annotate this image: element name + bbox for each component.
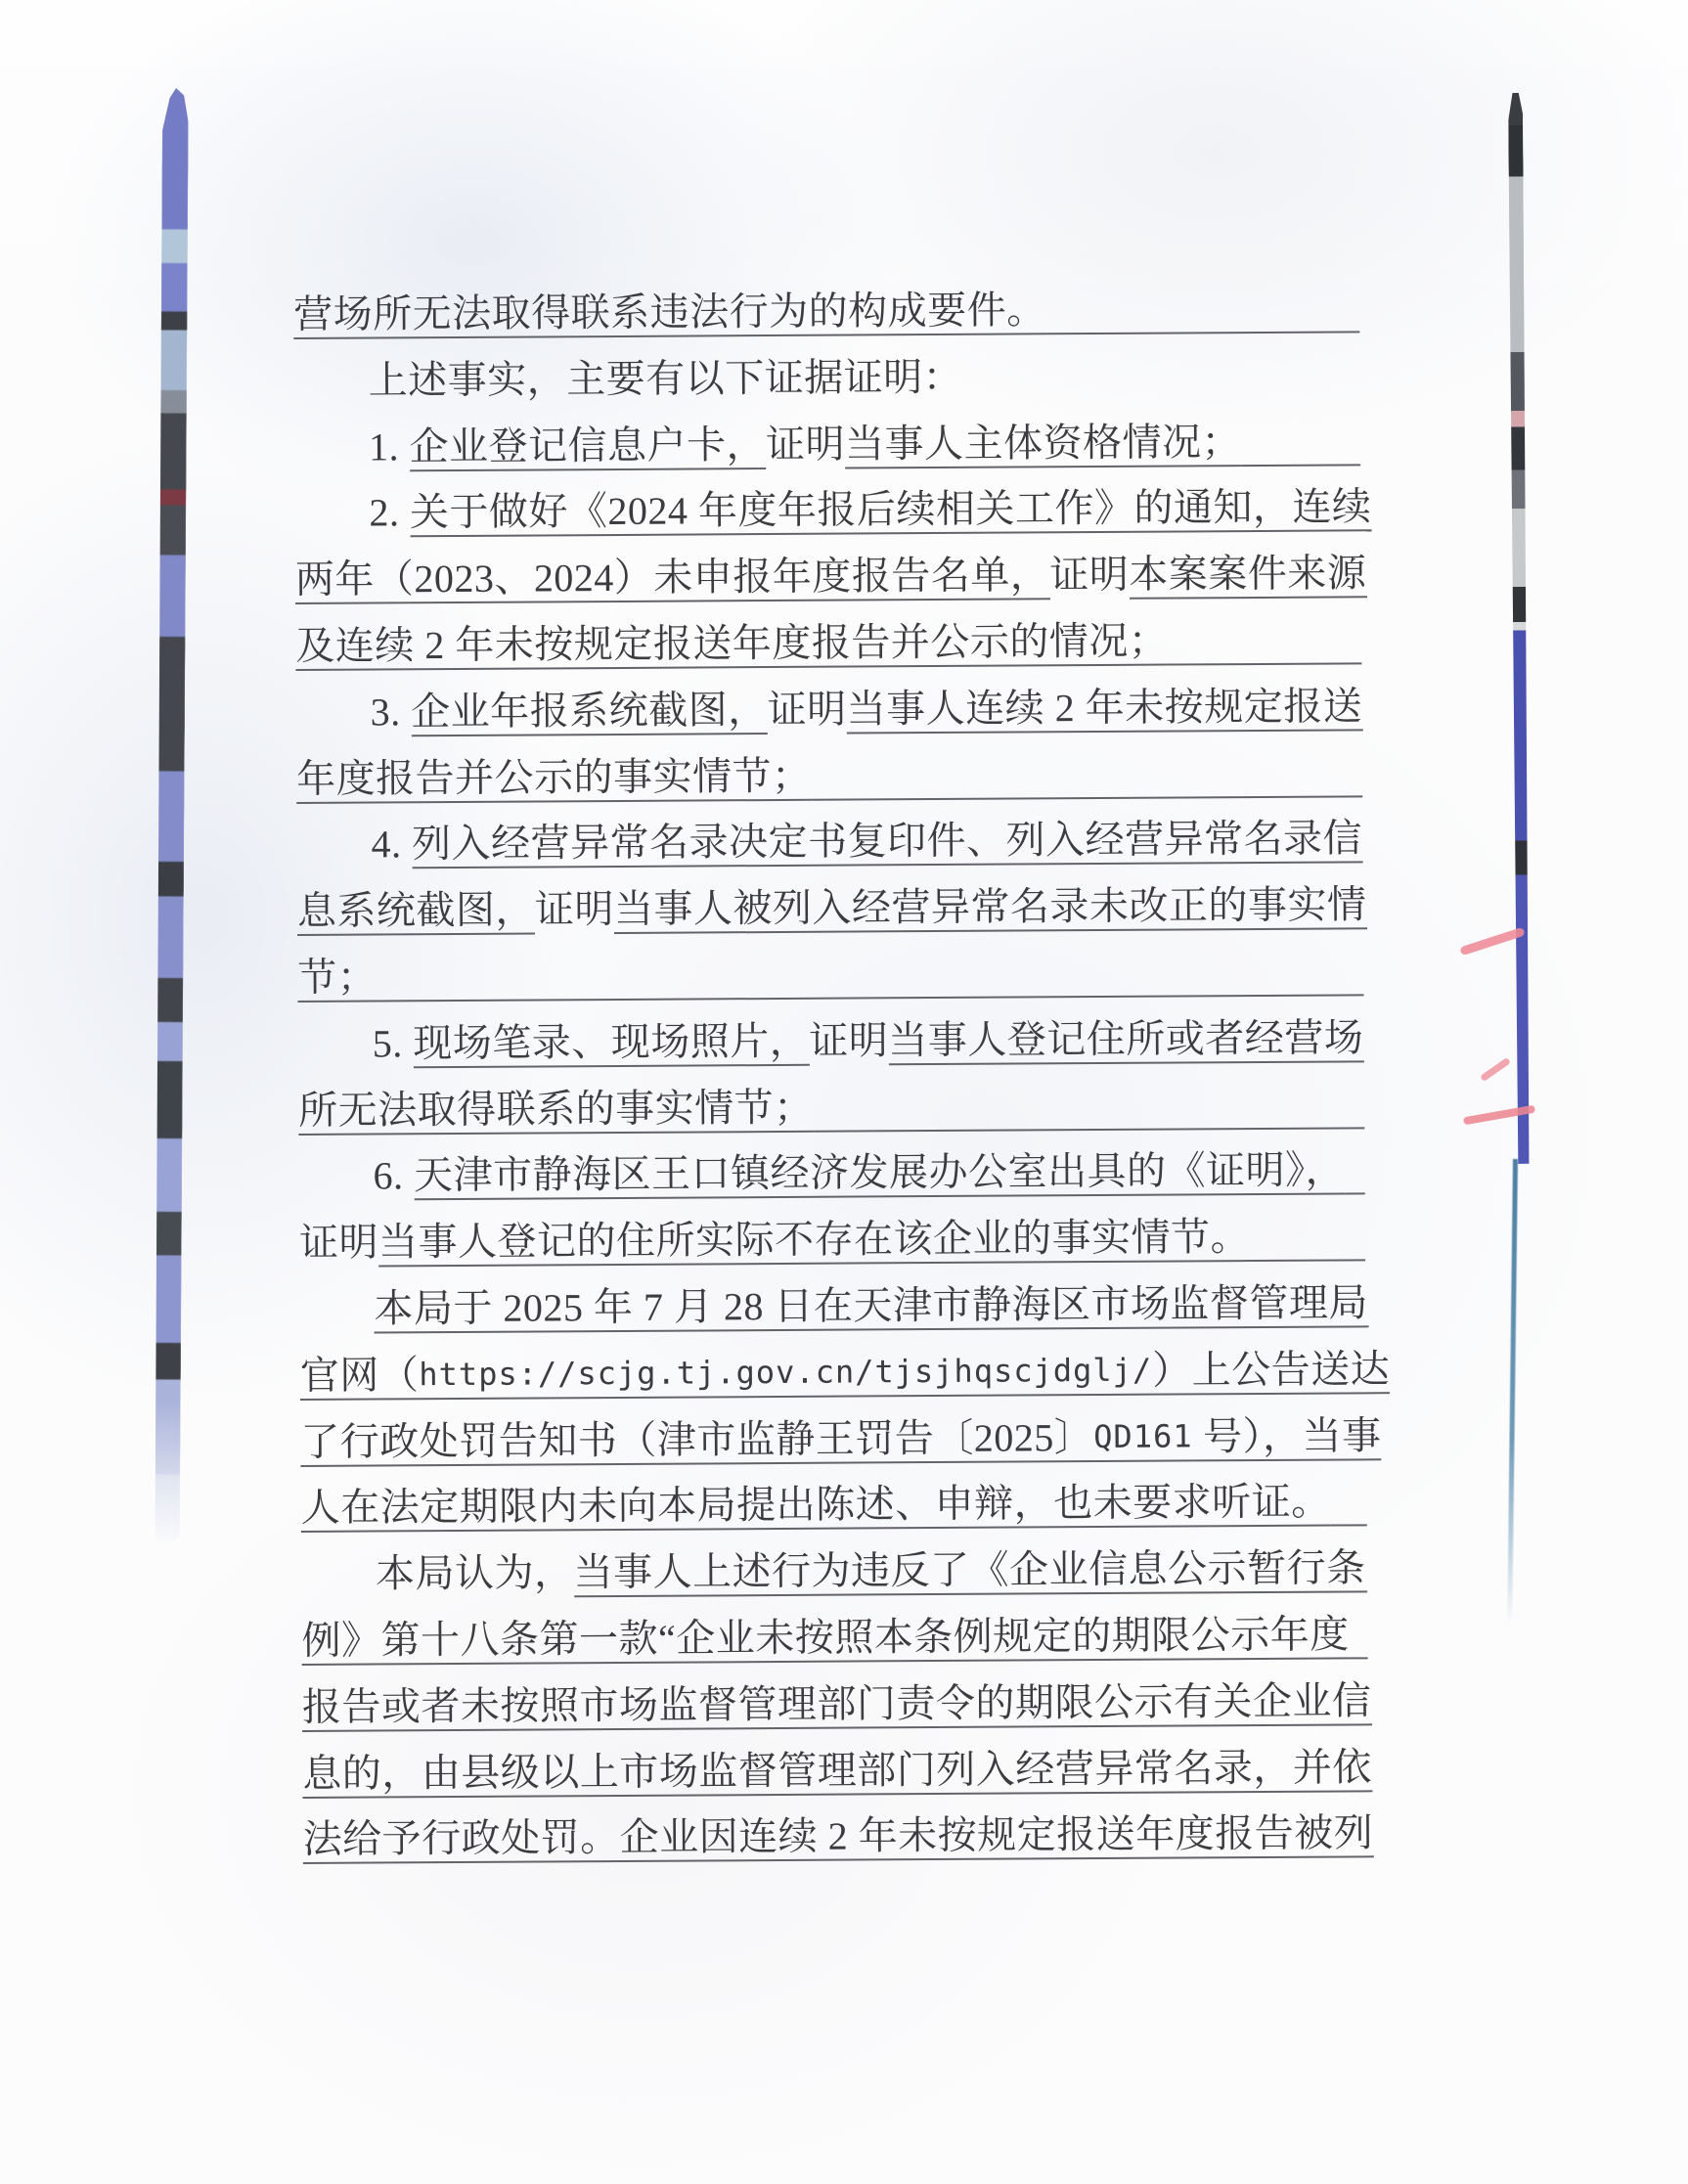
underlined-text: 企业年报系统截图， [411,677,768,745]
ruled-underline-extension [813,1071,1364,1140]
underlined-text: 关于做好《2024 年度年报后续相关工作》的通知，连续 [410,474,1372,547]
text-line: 官网（https://scjg.tj.gov.cn/tjsjhqscjdglj/… [300,1336,1366,1408]
plain-text: 3. [370,679,411,745]
underlined-text: 息系统截图， [297,877,535,945]
pink-pen-mark [1480,1057,1511,1082]
ruled-underline-extension [811,739,1362,809]
text-line: 节； [297,938,1363,1010]
plain-text: 1. [369,414,410,480]
text-line: 5. 现场笔录、现场照片，证明当事人登记住所或者经营场 [298,1004,1364,1077]
underlined-text: 营场所无法取得联系违法行为的构成要件。 [293,277,1046,347]
ruled-underline-extension [1363,1004,1364,1071]
text-line: 法给予行政处罚。企业因连续 2 年未按规定报送年度报告被列 [303,1801,1369,1873]
plain-text: 证明 [535,876,614,943]
scan-artifact-right-line [1507,1159,1518,1624]
underlined-text: 两年（2023、2024）未申报年度报告名单， [295,542,1050,613]
text-line: 3. 企业年报系统截图，证明当事人连续 2 年未按规定报送 [295,673,1361,745]
text-line: 及连续 2 年未按规定报送年度报告并公示的情况； [295,606,1361,679]
underlined-text: 当事人被列入经营异常名录未改正的事实情 [614,871,1367,942]
underlined-text: 例》第十八条第一款“企业未按照本条例规定的期限公示年度 [301,1601,1350,1673]
underlined-text: 号），当事 [1192,1403,1381,1470]
plain-text: 证明 [809,1007,888,1074]
plain-text: 2. [369,480,410,547]
text-line: 证明当事人登记的住所实际不存在该企业的事实情节。 [299,1203,1365,1275]
underlined-text: ）上公告送达 [1152,1336,1390,1404]
text-line: 息的，由县级以上市场监督管理部门列入经营异常名录，并依 [302,1734,1368,1806]
underlined-text: 当事人上述行为违反了《企业信息公示暂行条 [573,1535,1365,1606]
plain-text: 证明 [766,411,845,477]
text-line: 上述事实，主要有以下证据证明： [293,341,1359,414]
underlined-text: 天津市静海区王口镇经济发展办公室出具的《证明》， [414,1137,1345,1210]
plain-text: 本局认为， [376,1539,574,1607]
plain-text: 证明 [767,676,846,742]
plain-text: 上述事实，主要有以下证据证明： [368,344,962,415]
text-line: 了行政处罚告知书（津市监静王罚告〔2025〕QD161 号），当事 [300,1403,1366,1475]
underlined-text: 节； [297,944,377,1010]
underlined-text: 当事人登记的住所实际不存在该企业的事实情节。 [378,1204,1250,1275]
underlined-text: 当事人主体资格情况； [845,409,1241,477]
underlined-text: 企业登记信息户卡， [409,412,766,480]
scan-artifact-left-strip [154,88,189,1547]
text-line: 本局认为，当事人上述行为违反了《企业信息公示暂行条 [301,1535,1367,1607]
ruled-underline-extension [1345,1137,1365,1204]
ruled-underline-extension [1241,408,1360,475]
ruled-underline-extension [1168,606,1361,674]
text-line: 人在法定期限内未向本局提出陈述、申辩，也未要求听证。 [300,1469,1366,1541]
ruled-underline-extension [1350,1601,1368,1668]
text-line: 报告或者未按照市场监督管理部门责令的期限公示有关企业信 [302,1668,1368,1740]
underlined-text: 列入经营异常名录决定书复印件、列入经营异常名录信 [412,806,1362,878]
text-line: 2. 关于做好《2024 年度年报后续相关工作》的通知，连续 [294,474,1360,547]
underlined-text: 所无法取得联系的事实情节； [298,1074,814,1143]
text-line: 两年（2023、2024）未申报年度报告名单，证明本案案件来源 [295,541,1361,613]
underlined-text: 当事人连续 2 年未按规定报送 [846,673,1362,742]
underlined-text: 现场笔录、现场照片， [413,1008,809,1077]
ruled-underline-extension [1250,1203,1365,1270]
document-body: 营场所无法取得联系违法行为的构成要件。上述事实，主要有以下证据证明：1. 企业登… [293,275,1369,1873]
underlined-text: 息的，由县级以上市场监督管理部门列入经营异常名录，并依 [302,1734,1372,1806]
underlined-text: 年度报告并公示的事实情节； [296,742,812,812]
underlined-text: QD161 [1093,1404,1193,1470]
text-line: 本局于 2025 年 7 月 28 日在天津市静海区市场监督管理局 [299,1270,1365,1342]
ruled-underline-extension [1045,275,1359,343]
underlined-text: 了行政处罚告知书（津市监静王罚告〔2025〕 [300,1404,1093,1476]
scanned-document-page: { "colors":{ "ink":"#3b3b40", "underline… [0,0,1688,2184]
underlined-text: 及连续 2 年未按规定报送年度报告并公示的情况； [295,608,1168,680]
text-line: 年度报告并公示的事实情节； [296,739,1362,812]
underlined-text: 人在法定期限内未向本局提出陈述、申辩，也未要求听证。 [300,1469,1330,1541]
plain-text: 6. [373,1143,414,1210]
text-line: 4. 列入经营异常名录决定书复印件、列入经营异常名录信 [296,806,1362,878]
underlined-text: 当事人登记住所或者经营场 [888,1004,1363,1074]
plain-text: 证明 [1049,542,1129,608]
text-line: 例》第十八条第一款“企业未按照本条例规定的期限公示年度 [301,1601,1367,1673]
underlined-text: https://scjg.tj.gov.cn/tjsjhqscjdglj/ [419,1337,1152,1407]
underlined-text: 报告或者未按照市场监督管理部门责令的期限公示有关企业信 [302,1668,1372,1740]
text-line: 所无法取得联系的事实情节； [298,1071,1364,1143]
ruled-underline-extension [377,938,1363,1010]
underlined-text: 本案案件来源 [1129,540,1366,607]
ruled-underline-extension [1362,806,1363,872]
text-line: 1. 企业登记信息户卡，证明当事人主体资格情况； [294,408,1360,480]
plain-text: 证明 [299,1210,378,1276]
ruled-underline-extension [1365,1535,1367,1601]
underlined-text: 本局于 2025 年 7 月 28 日在天津市静海区市场监督管理局 [374,1270,1368,1342]
underlined-text: 官网（ [300,1342,420,1409]
underlined-text: 法给予行政处罚。企业因连续 2 年未按规定报送年度报告被列 [303,1801,1374,1873]
text-line: 营场所无法取得联系违法行为的构成要件。 [293,275,1359,347]
plain-text: 5. [373,1010,414,1077]
plain-text: 4. [371,812,412,878]
text-line: 6. 天津市静海区王口镇经济发展办公室出具的《证明》， [298,1137,1364,1210]
ruled-underline-extension [1330,1469,1366,1536]
pink-pen-mark [1459,927,1525,957]
scan-artifact-right-strip [1508,93,1531,1164]
text-line: 息系统截图，证明当事人被列入经营异常名录未改正的事实情 [297,872,1363,945]
